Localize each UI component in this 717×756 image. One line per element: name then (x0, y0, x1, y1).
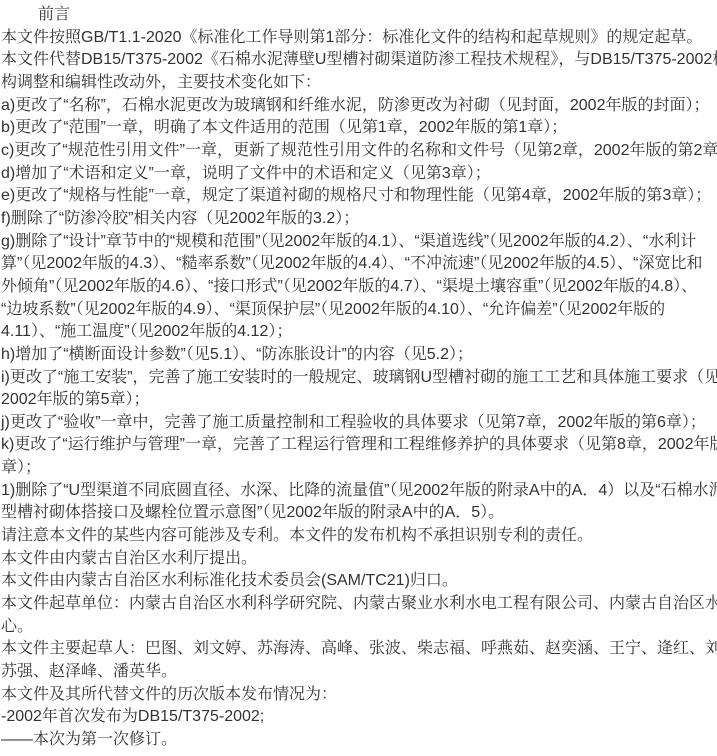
foreword-title: 前言 (1, 4, 717, 27)
foreword-line: 请注意本文件的某些内容可能涉及专利。本文件的发布机构不承担识别专利的责任。 (1, 525, 717, 548)
foreword-line: 4.11）、“施工温度”（见2002年版的4.12）； (1, 321, 717, 344)
foreword-body: 前言本文件按照GB/T1.1-2020《标准化工作导则第1部分：标准化文件的结构… (1, 4, 717, 752)
foreword-line: 本文件起草单位：内蒙古自治区水利科学研究院、内蒙古聚业水利水电工程有限公司、内蒙… (1, 593, 717, 616)
foreword-line: 心。 (1, 616, 717, 639)
foreword-line: 型槽衬砌体搭接口及螺栓位置示意图”（见2002年版的附录A中的A．5）。 (1, 502, 717, 525)
foreword-line: 本文件由内蒙古自治区水利厅提出。 (1, 548, 717, 571)
foreword-line: c)更改了“规范性引用文件”一章，更新了规范性引用文件的名称和文件号（见第2章，… (1, 140, 717, 163)
foreword-line: 构调整和编辑性改动外，主要技术变化如下： (1, 72, 717, 95)
foreword-line: d)增加了“术语和定义”一章，说明了文件中的术语和定义（见第3章）； (1, 163, 717, 186)
foreword-line: 本文件及其所代替文件的历次版本发布情况为： (1, 684, 717, 707)
foreword-line: a)更改了“名称”，石棉水泥更改为玻璃钢和纤维水泥，防渗更改为衬砌（见封面，20… (1, 95, 717, 118)
foreword-line: i)更改了“施工安装”，完善了施工安装时的一般规定、玻璃钢U型槽衬砌的施工工艺和… (1, 367, 717, 390)
foreword-line: “边坡系数”（见2002年版的4.9）、“渠顶保护层”（见2002年版的4.10… (1, 299, 717, 322)
foreword-line: 2002年版的第5章）； (1, 389, 717, 412)
foreword-line: 本文件按照GB/T1.1-2020《标准化工作导则第1部分：标准化文件的结构和起… (1, 27, 717, 50)
foreword-line: 章）； (1, 457, 717, 480)
foreword-line: -2002年首次发布为DB15/T375-2002; (1, 706, 717, 729)
foreword-line: 苏强、赵泽峰、潘英华。 (1, 661, 717, 684)
foreword-line: 算”（见2002年版的4.3）、“糙率系数”（见2002年版的4.4）、“不冲流… (1, 253, 717, 276)
foreword-line: b)更改了“范围”一章，明确了本文件适用的范围（见第1章，2002年版的第1章）… (1, 117, 717, 140)
foreword-line: 本文件由内蒙古自治区水利标准化技术委员会(SAM/TC21)归口。 (1, 570, 717, 593)
foreword-line: 外倾角”（见2002年版的4.6）、“接口形式”（见2002年版的4.7）、“渠… (1, 276, 717, 299)
foreword-line: j)更改了“验收”一章中，完善了施工质量控制和工程验收的具体要求（见第7章，20… (1, 412, 717, 435)
foreword-line: h)增加了“横断面设计参数”（见5.1）、“防冻胀设计”的内容（见5.2）； (1, 344, 717, 367)
foreword-line: f)删除了“防渗冷胶”相关内容（见2002年版的3.2）； (1, 208, 717, 231)
foreword-line: k)更改了“运行维护与管理”一章，完善了工程运行管理和工程维修养护的具体要求（见… (1, 434, 717, 457)
foreword-line: 本文件代替DB15/T375-2002《石棉水泥薄壁U型槽衬砌渠道防渗工程技术规… (1, 49, 717, 72)
foreword-line: 1)删除了“U型渠道不同底圆直径、水深、比降的流量值”（见2002年版的附录A中… (1, 480, 717, 503)
foreword-line: g)删除了“设计”章节中的“规模和范围”（见2002年版的4.1）、“渠道选线”… (1, 231, 717, 254)
foreword-line: e)更改了“规格与性能”一章，规定了渠道衬砌的规格尺寸和物理性能（见第4章，20… (1, 185, 717, 208)
foreword-line: 本文件主要起草人：巴图、刘文婷、苏海涛、高峰、张波、柴志福、呼燕茹、赵奕涵、王宁… (1, 638, 717, 661)
foreword-page: 前言本文件按照GB/T1.1-2020《标准化工作导则第1部分：标准化文件的结构… (0, 0, 717, 756)
foreword-line: ——本次为第一次修订。 (1, 729, 717, 752)
